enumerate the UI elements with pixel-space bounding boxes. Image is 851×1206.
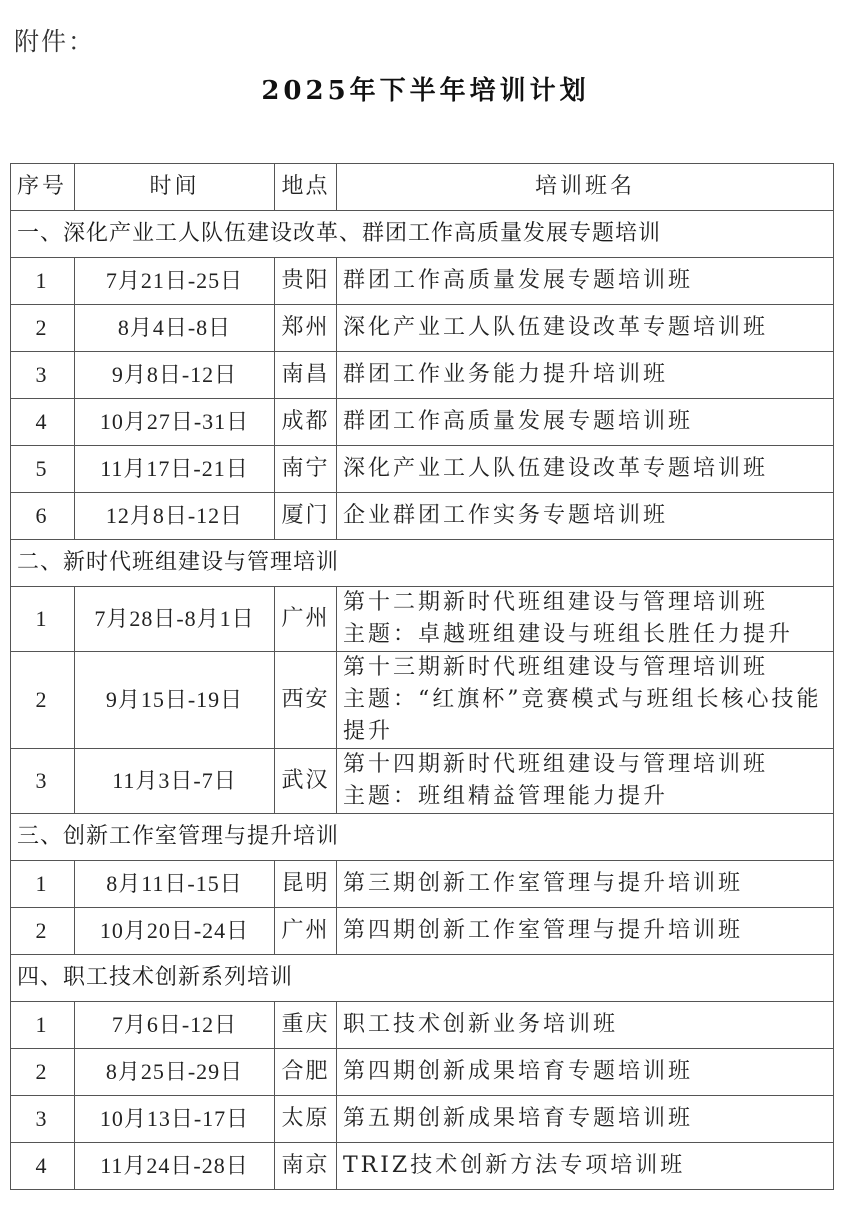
- table-row: 1 7月21日-25日 贵阳 群团工作高质量发展专题培训班: [11, 258, 834, 305]
- row-class-name: 群团工作业务能力提升培训班: [337, 352, 834, 399]
- row-class-theme: 主题：班组精益管理能力提升: [343, 781, 827, 813]
- table-row: 5 11月17日-21日 南宁 深化产业工人队伍建设改革专题培训班: [11, 446, 834, 493]
- row-date: 10月27日-31日: [75, 399, 275, 446]
- row-date: 7月28日-8月1日: [75, 587, 275, 652]
- row-date: 8月11日-15日: [75, 861, 275, 908]
- row-class-name: 第三期创新工作室管理与提升培训班: [337, 861, 834, 908]
- row-date: 9月8日-12日: [75, 352, 275, 399]
- row-date: 9月15日-19日: [75, 652, 275, 749]
- table-row: 4 10月27日-31日 成都 群团工作高质量发展专题培训班: [11, 399, 834, 446]
- row-city: 成都: [275, 399, 337, 446]
- section-row: 一、深化产业工人队伍建设改革、群团工作高质量发展专题培训: [11, 211, 834, 258]
- row-date: 10月13日-17日: [75, 1096, 275, 1143]
- table-row: 6 12月8日-12日 厦门 企业群团工作实务专题培训班: [11, 493, 834, 540]
- row-city: 南昌: [275, 352, 337, 399]
- section-title: 三、创新工作室管理与提升培训: [11, 814, 834, 861]
- row-city: 厦门: [275, 493, 337, 540]
- row-date: 11月3日-7日: [75, 749, 275, 814]
- row-date: 7月21日-25日: [75, 258, 275, 305]
- table-row: 3 9月8日-12日 南昌 群团工作业务能力提升培训班: [11, 352, 834, 399]
- row-no: 3: [11, 352, 75, 399]
- section-row: 二、新时代班组建设与管理培训: [11, 540, 834, 587]
- table-row: 1 7月6日-12日 重庆 职工技术创新业务培训班: [11, 1002, 834, 1049]
- row-city: 郑州: [275, 305, 337, 352]
- row-no: 2: [11, 908, 75, 955]
- row-city: 西安: [275, 652, 337, 749]
- training-plan-table: 序号 时间 地点 培训班名 一、深化产业工人队伍建设改革、群团工作高质量发展专题…: [10, 163, 834, 1190]
- row-class-name: 第十三期新时代班组建设与管理培训班: [343, 652, 827, 684]
- row-class-name: 第五期创新成果培育专题培训班: [337, 1096, 834, 1143]
- row-class-cell: 第十二期新时代班组建设与管理培训班 主题：卓越班组建设与班组长胜任力提升: [337, 587, 834, 652]
- row-class-name: 群团工作高质量发展专题培训班: [337, 399, 834, 446]
- header-time: 时间: [75, 164, 275, 211]
- row-class-name: 第四期创新工作室管理与提升培训班: [337, 908, 834, 955]
- section-title: 四、职工技术创新系列培训: [11, 955, 834, 1002]
- row-date: 8月4日-8日: [75, 305, 275, 352]
- header-no: 序号: [11, 164, 75, 211]
- row-date: 12月8日-12日: [75, 493, 275, 540]
- row-class-name: 企业群团工作实务专题培训班: [337, 493, 834, 540]
- row-no: 2: [11, 305, 75, 352]
- row-city: 武汉: [275, 749, 337, 814]
- row-date: 7月6日-12日: [75, 1002, 275, 1049]
- row-no: 1: [11, 587, 75, 652]
- row-city: 重庆: [275, 1002, 337, 1049]
- row-no: 1: [11, 861, 75, 908]
- row-class-cell: 第十三期新时代班组建设与管理培训班 主题：“红旗杯”竞赛模式与班组长核心技能提升: [337, 652, 834, 749]
- row-no: 6: [11, 493, 75, 540]
- row-no: 2: [11, 1049, 75, 1096]
- table-row: 2 8月25日-29日 合肥 第四期创新成果培育专题培训班: [11, 1049, 834, 1096]
- row-no: 3: [11, 1096, 75, 1143]
- table-row: 1 8月11日-15日 昆明 第三期创新工作室管理与提升培训班: [11, 861, 834, 908]
- row-city: 广州: [275, 908, 337, 955]
- table-row: 3 10月13日-17日 太原 第五期创新成果培育专题培训班: [11, 1096, 834, 1143]
- table-header-row: 序号 时间 地点 培训班名: [11, 164, 834, 211]
- row-class-name: 第四期创新成果培育专题培训班: [337, 1049, 834, 1096]
- row-date: 10月20日-24日: [75, 908, 275, 955]
- row-no: 1: [11, 1002, 75, 1049]
- table-row: 4 11月24日-28日 南京 TRIZ技术创新方法专项培训班: [11, 1143, 834, 1190]
- table-row: 1 7月28日-8月1日 广州 第十二期新时代班组建设与管理培训班 主题：卓越班…: [11, 587, 834, 652]
- row-city: 太原: [275, 1096, 337, 1143]
- table-row: 2 10月20日-24日 广州 第四期创新工作室管理与提升培训班: [11, 908, 834, 955]
- row-city: 合肥: [275, 1049, 337, 1096]
- table-row: 2 9月15日-19日 西安 第十三期新时代班组建设与管理培训班 主题：“红旗杯…: [11, 652, 834, 749]
- row-class-name: 职工技术创新业务培训班: [337, 1002, 834, 1049]
- row-class-theme: 主题：“红旗杯”竞赛模式与班组长核心技能提升: [343, 684, 827, 748]
- row-class-name: 深化产业工人队伍建设改革专题培训班: [337, 446, 834, 493]
- row-date: 11月17日-21日: [75, 446, 275, 493]
- section-row: 四、职工技术创新系列培训: [11, 955, 834, 1002]
- row-no: 4: [11, 1143, 75, 1190]
- section-title: 二、新时代班组建设与管理培训: [11, 540, 834, 587]
- row-no: 2: [11, 652, 75, 749]
- row-date: 11月24日-28日: [75, 1143, 275, 1190]
- row-no: 4: [11, 399, 75, 446]
- section-row: 三、创新工作室管理与提升培训: [11, 814, 834, 861]
- row-class-name: TRIZ技术创新方法专项培训班: [337, 1143, 834, 1190]
- row-city: 南京: [275, 1143, 337, 1190]
- page-title: 2025年下半年培训计划: [0, 70, 851, 107]
- row-city: 昆明: [275, 861, 337, 908]
- table-row: 2 8月4日-8日 郑州 深化产业工人队伍建设改革专题培训班: [11, 305, 834, 352]
- row-class-name: 深化产业工人队伍建设改革专题培训班: [337, 305, 834, 352]
- row-date: 8月25日-29日: [75, 1049, 275, 1096]
- row-class-name: 群团工作高质量发展专题培训班: [337, 258, 834, 305]
- row-class-theme: 主题：卓越班组建设与班组长胜任力提升: [343, 619, 827, 651]
- row-no: 3: [11, 749, 75, 814]
- header-location: 地点: [275, 164, 337, 211]
- table-row: 3 11月3日-7日 武汉 第十四期新时代班组建设与管理培训班 主题：班组精益管…: [11, 749, 834, 814]
- row-class-cell: 第十四期新时代班组建设与管理培训班 主题：班组精益管理能力提升: [337, 749, 834, 814]
- row-class-name: 第十四期新时代班组建设与管理培训班: [343, 749, 827, 781]
- row-class-name: 第十二期新时代班组建设与管理培训班: [343, 587, 827, 619]
- row-city: 广州: [275, 587, 337, 652]
- row-no: 5: [11, 446, 75, 493]
- row-city: 南宁: [275, 446, 337, 493]
- attachment-label: 附件：: [14, 22, 95, 58]
- row-city: 贵阳: [275, 258, 337, 305]
- row-no: 1: [11, 258, 75, 305]
- section-title: 一、深化产业工人队伍建设改革、群团工作高质量发展专题培训: [11, 211, 834, 258]
- header-class-name: 培训班名: [337, 164, 834, 211]
